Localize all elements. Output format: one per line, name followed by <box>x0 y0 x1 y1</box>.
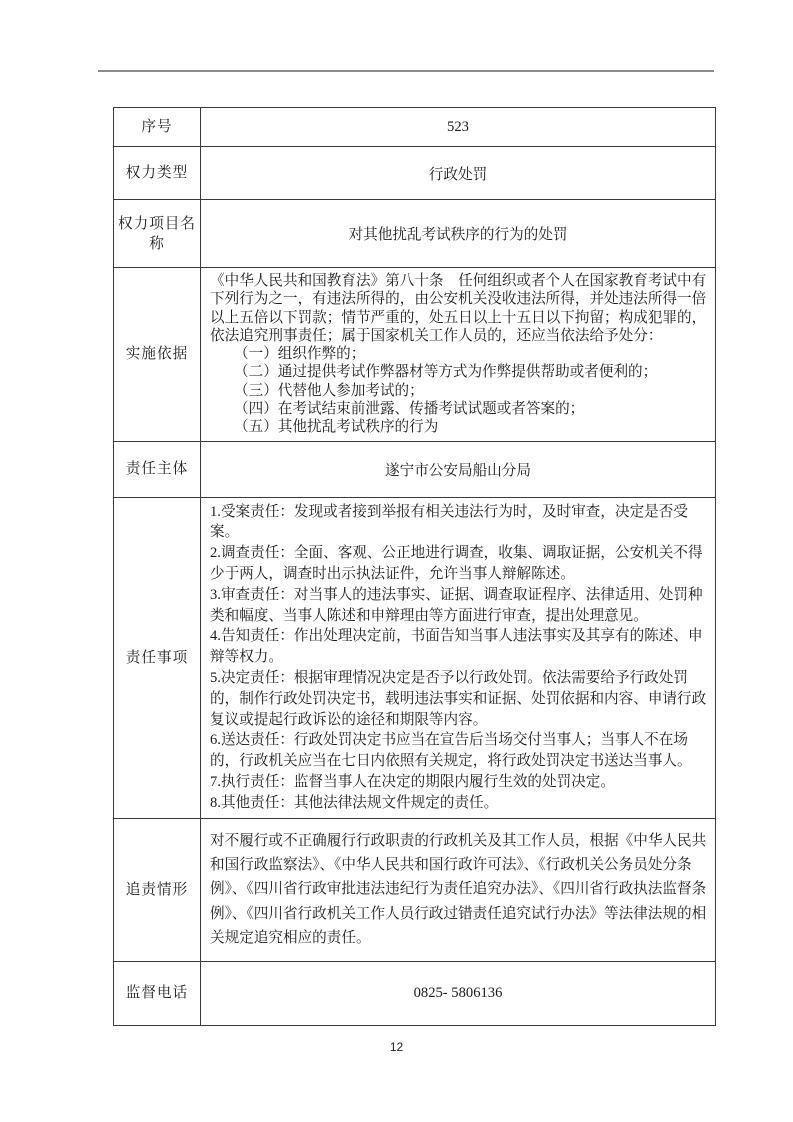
legal-item: （一）组织作弊的； <box>210 345 707 363</box>
duty-item: 5.决定责任：根据审理情况决定是否予以行政处罚。依法需要给予行政处罚的，制作行政… <box>210 668 707 730</box>
table-row-responsible-entity: 责任主体 遂宁市公安局船山分局 <box>114 441 716 497</box>
header-divider <box>98 70 714 72</box>
table-row-implementation-basis: 实施依据 《中华人民共和国教育法》第八十条 任何组织或者个人在国家教育考试中有下… <box>114 268 716 442</box>
responsibility-matters-content: 1.受案责任：发现或者接到举报有相关违法行为时，及时审查，决定是否受案。 2.调… <box>201 497 716 818</box>
serial-number-value: 523 <box>201 108 716 147</box>
duty-item: 7.执行责任：监督当事人在决定的期限内履行生效的处罚决定。 <box>210 772 707 793</box>
legal-item: （五）其他扰乱考试秩序的行为 <box>210 418 707 436</box>
table-row-supervision-phone: 监督电话 0825- 5806136 <box>114 961 716 1025</box>
duty-item: 2.调查责任：全面、客观、公正地进行调查，收集、调取证据，公安机关不得少于两人，… <box>210 543 707 585</box>
legal-item: （四）在考试结束前泄露、传播考试试题或者答案的； <box>210 400 707 418</box>
page-number: 12 <box>0 1040 793 1054</box>
power-item-name-value: 对其他扰乱考试秩序的行为的处罚 <box>201 200 716 268</box>
legal-item: （三）代替他人参加考试的； <box>210 382 707 400</box>
duty-item: 4.告知责任：作出处理决定前，书面告知当事人违法事实及其享有的陈述、申辩等权力。 <box>210 626 707 668</box>
power-item-table: 序号 523 权力类型 行政处罚 权力项目名称 对其他扰乱考试秩序的行为的处罚 … <box>113 107 716 1026</box>
serial-number-label: 序号 <box>114 108 201 147</box>
implementation-basis-label: 实施依据 <box>114 268 201 442</box>
table-row-accountability-situations: 追责情形 对不履行或不正确履行行政职责的行政机关及其工作人员，根据《中华人民共和… <box>114 818 716 961</box>
accountability-situations-content: 对不履行或不正确履行行政职责的行政机关及其工作人员，根据《中华人民共和国行政监察… <box>201 818 716 961</box>
supervision-phone-label: 监督电话 <box>114 961 201 1025</box>
legal-item: （二）通过提供考试作弊器材等方式为作弊提供帮助或者便利的； <box>210 363 707 381</box>
table-row-power-type: 权力类型 行政处罚 <box>114 147 716 200</box>
document-page: 序号 523 权力类型 行政处罚 权力项目名称 对其他扰乱考试秩序的行为的处罚 … <box>0 0 793 1122</box>
duty-item: 8.其他责任：其他法律法规文件规定的责任。 <box>210 793 707 814</box>
responsibility-matters-label: 责任事项 <box>114 497 201 818</box>
table-row-serial-number: 序号 523 <box>114 108 716 147</box>
responsible-entity-label: 责任主体 <box>114 441 201 497</box>
duty-item: 6.送达责任：行政处罚决定书应当在宣告后当场交付当事人；当事人不在场的，行政机关… <box>210 730 707 772</box>
duty-item: 1.受案责任：发现或者接到举报有相关违法行为时，及时审查，决定是否受案。 <box>210 502 707 544</box>
implementation-basis-content: 《中华人民共和国教育法》第八十条 任何组织或者个人在国家教育考试中有下列行为之一… <box>201 268 716 442</box>
power-type-value: 行政处罚 <box>201 147 716 200</box>
supervision-phone-value: 0825- 5806136 <box>201 961 716 1025</box>
table-row-power-item-name: 权力项目名称 对其他扰乱考试秩序的行为的处罚 <box>114 200 716 268</box>
legal-intro: 《中华人民共和国教育法》第八十条 任何组织或者个人在国家教育考试中有下列行为之一… <box>210 272 707 345</box>
power-item-name-label: 权力项目名称 <box>114 200 201 268</box>
responsible-entity-value: 遂宁市公安局船山分局 <box>201 441 716 497</box>
power-type-label: 权力类型 <box>114 147 201 200</box>
accountability-situations-label: 追责情形 <box>114 818 201 961</box>
duty-item: 3.审查责任：对当事人的违法事实、证据、调查取证程序、法律适用、处罚种类和幅度、… <box>210 585 707 627</box>
table-row-responsibility-matters: 责任事项 1.受案责任：发现或者接到举报有相关违法行为时，及时审查，决定是否受案… <box>114 497 716 818</box>
